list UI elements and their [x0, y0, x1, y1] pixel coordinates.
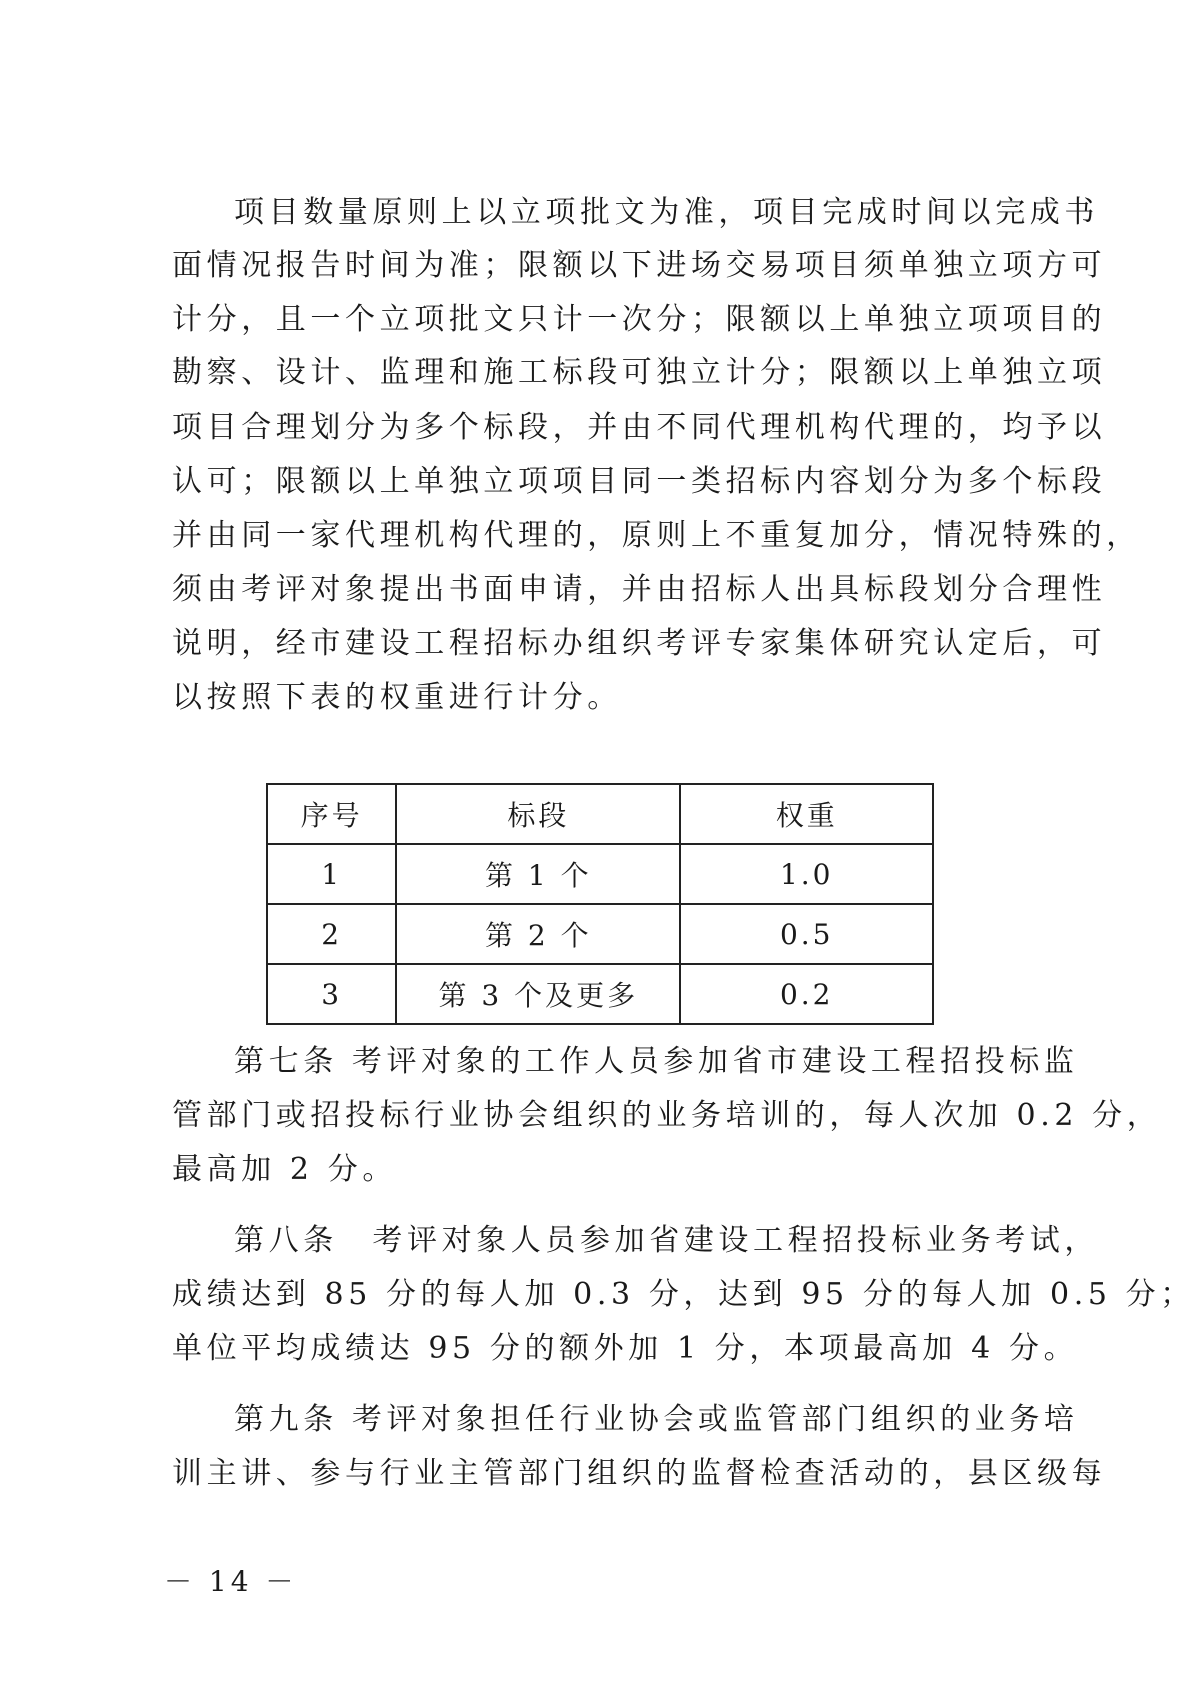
body-text-line: 管部门或招投标行业协会组织的业务培训的，每人次加 0.2 分， — [172, 1096, 1048, 1136]
body-text-line: 项目合理划分为多个标段，并由不同代理机构代理的，均予以 — [172, 408, 1048, 448]
cell-section: 第 1 个 — [396, 844, 680, 904]
header-index: 序号 — [267, 784, 396, 844]
cell-weight: 0.5 — [680, 904, 933, 964]
article-7-line: 第七条 考评对象的工作人员参加省市建设工程招投标监 — [234, 1042, 1048, 1082]
cell-weight: 1.0 — [680, 844, 933, 904]
body-text-line: 勘察、设计、监理和施工标段可独立计分；限额以上单独立项 — [172, 353, 1048, 393]
table-row: 2 第 2 个 0.5 — [267, 904, 933, 964]
cell-section: 第 3 个及更多 — [396, 964, 680, 1024]
body-text-line: 认可；限额以上单独立项项目同一类招标内容划分为多个标段 — [172, 462, 1048, 502]
table-row: 1 第 1 个 1.0 — [267, 844, 933, 904]
body-text-line: 须由考评对象提出书面申请，并由招标人出具标段划分合理性 — [172, 570, 1048, 610]
body-text-line: 说明，经市建设工程招标办组织考评专家集体研究认定后，可 — [172, 624, 1048, 664]
cell-weight: 0.2 — [680, 964, 933, 1024]
header-weight: 权重 — [680, 784, 933, 844]
table-row: 3 第 3 个及更多 0.2 — [267, 964, 933, 1024]
cell-index: 3 — [267, 964, 396, 1024]
cell-index: 1 — [267, 844, 396, 904]
cell-index: 2 — [267, 904, 396, 964]
body-text-line: 项目数量原则上以立项批文为准，项目完成时间以完成书 — [234, 193, 1048, 233]
table-header-row: 序号 标段 权重 — [267, 784, 933, 844]
cell-section: 第 2 个 — [396, 904, 680, 964]
body-text-line: 训主讲、参与行业主管部门组织的监督检查活动的，县区级每 — [172, 1454, 1048, 1494]
body-text-line: 并由同一家代理机构代理的，原则上不重复加分，情况特殊的， — [172, 516, 1048, 556]
body-text-line: 面情况报告时间为准；限额以下进场交易项目须单独立项方可 — [172, 246, 1048, 286]
body-text-line: 以按照下表的权重进行计分。 — [172, 678, 1048, 718]
body-text-line: 最高加 2 分。 — [172, 1150, 1048, 1190]
document-page: 项目数量原则上以立项批文为准，项目完成时间以完成书 面情况报告时间为准；限额以下… — [0, 0, 1199, 1696]
article-9-line: 第九条 考评对象担任行业协会或监管部门组织的业务培 — [234, 1400, 1048, 1440]
header-section: 标段 — [396, 784, 680, 844]
body-text-line: 单位平均成绩达 95 分的额外加 1 分，本项最高加 4 分。 — [172, 1329, 1048, 1369]
body-text-line: 计分，且一个立项批文只计一次分；限额以上单独立项项目的 — [172, 300, 1048, 340]
weight-table: 序号 标段 权重 1 第 1 个 1.0 2 第 2 个 0.5 3 第 3 个… — [266, 783, 934, 1025]
body-text-line: 成绩达到 85 分的每人加 0.3 分，达到 95 分的每人加 0.5 分； — [172, 1275, 1048, 1315]
page-number: － 14 － — [164, 1560, 297, 1600]
article-8-line: 第八条 考评对象人员参加省建设工程招投标业务考试， — [234, 1221, 1048, 1261]
